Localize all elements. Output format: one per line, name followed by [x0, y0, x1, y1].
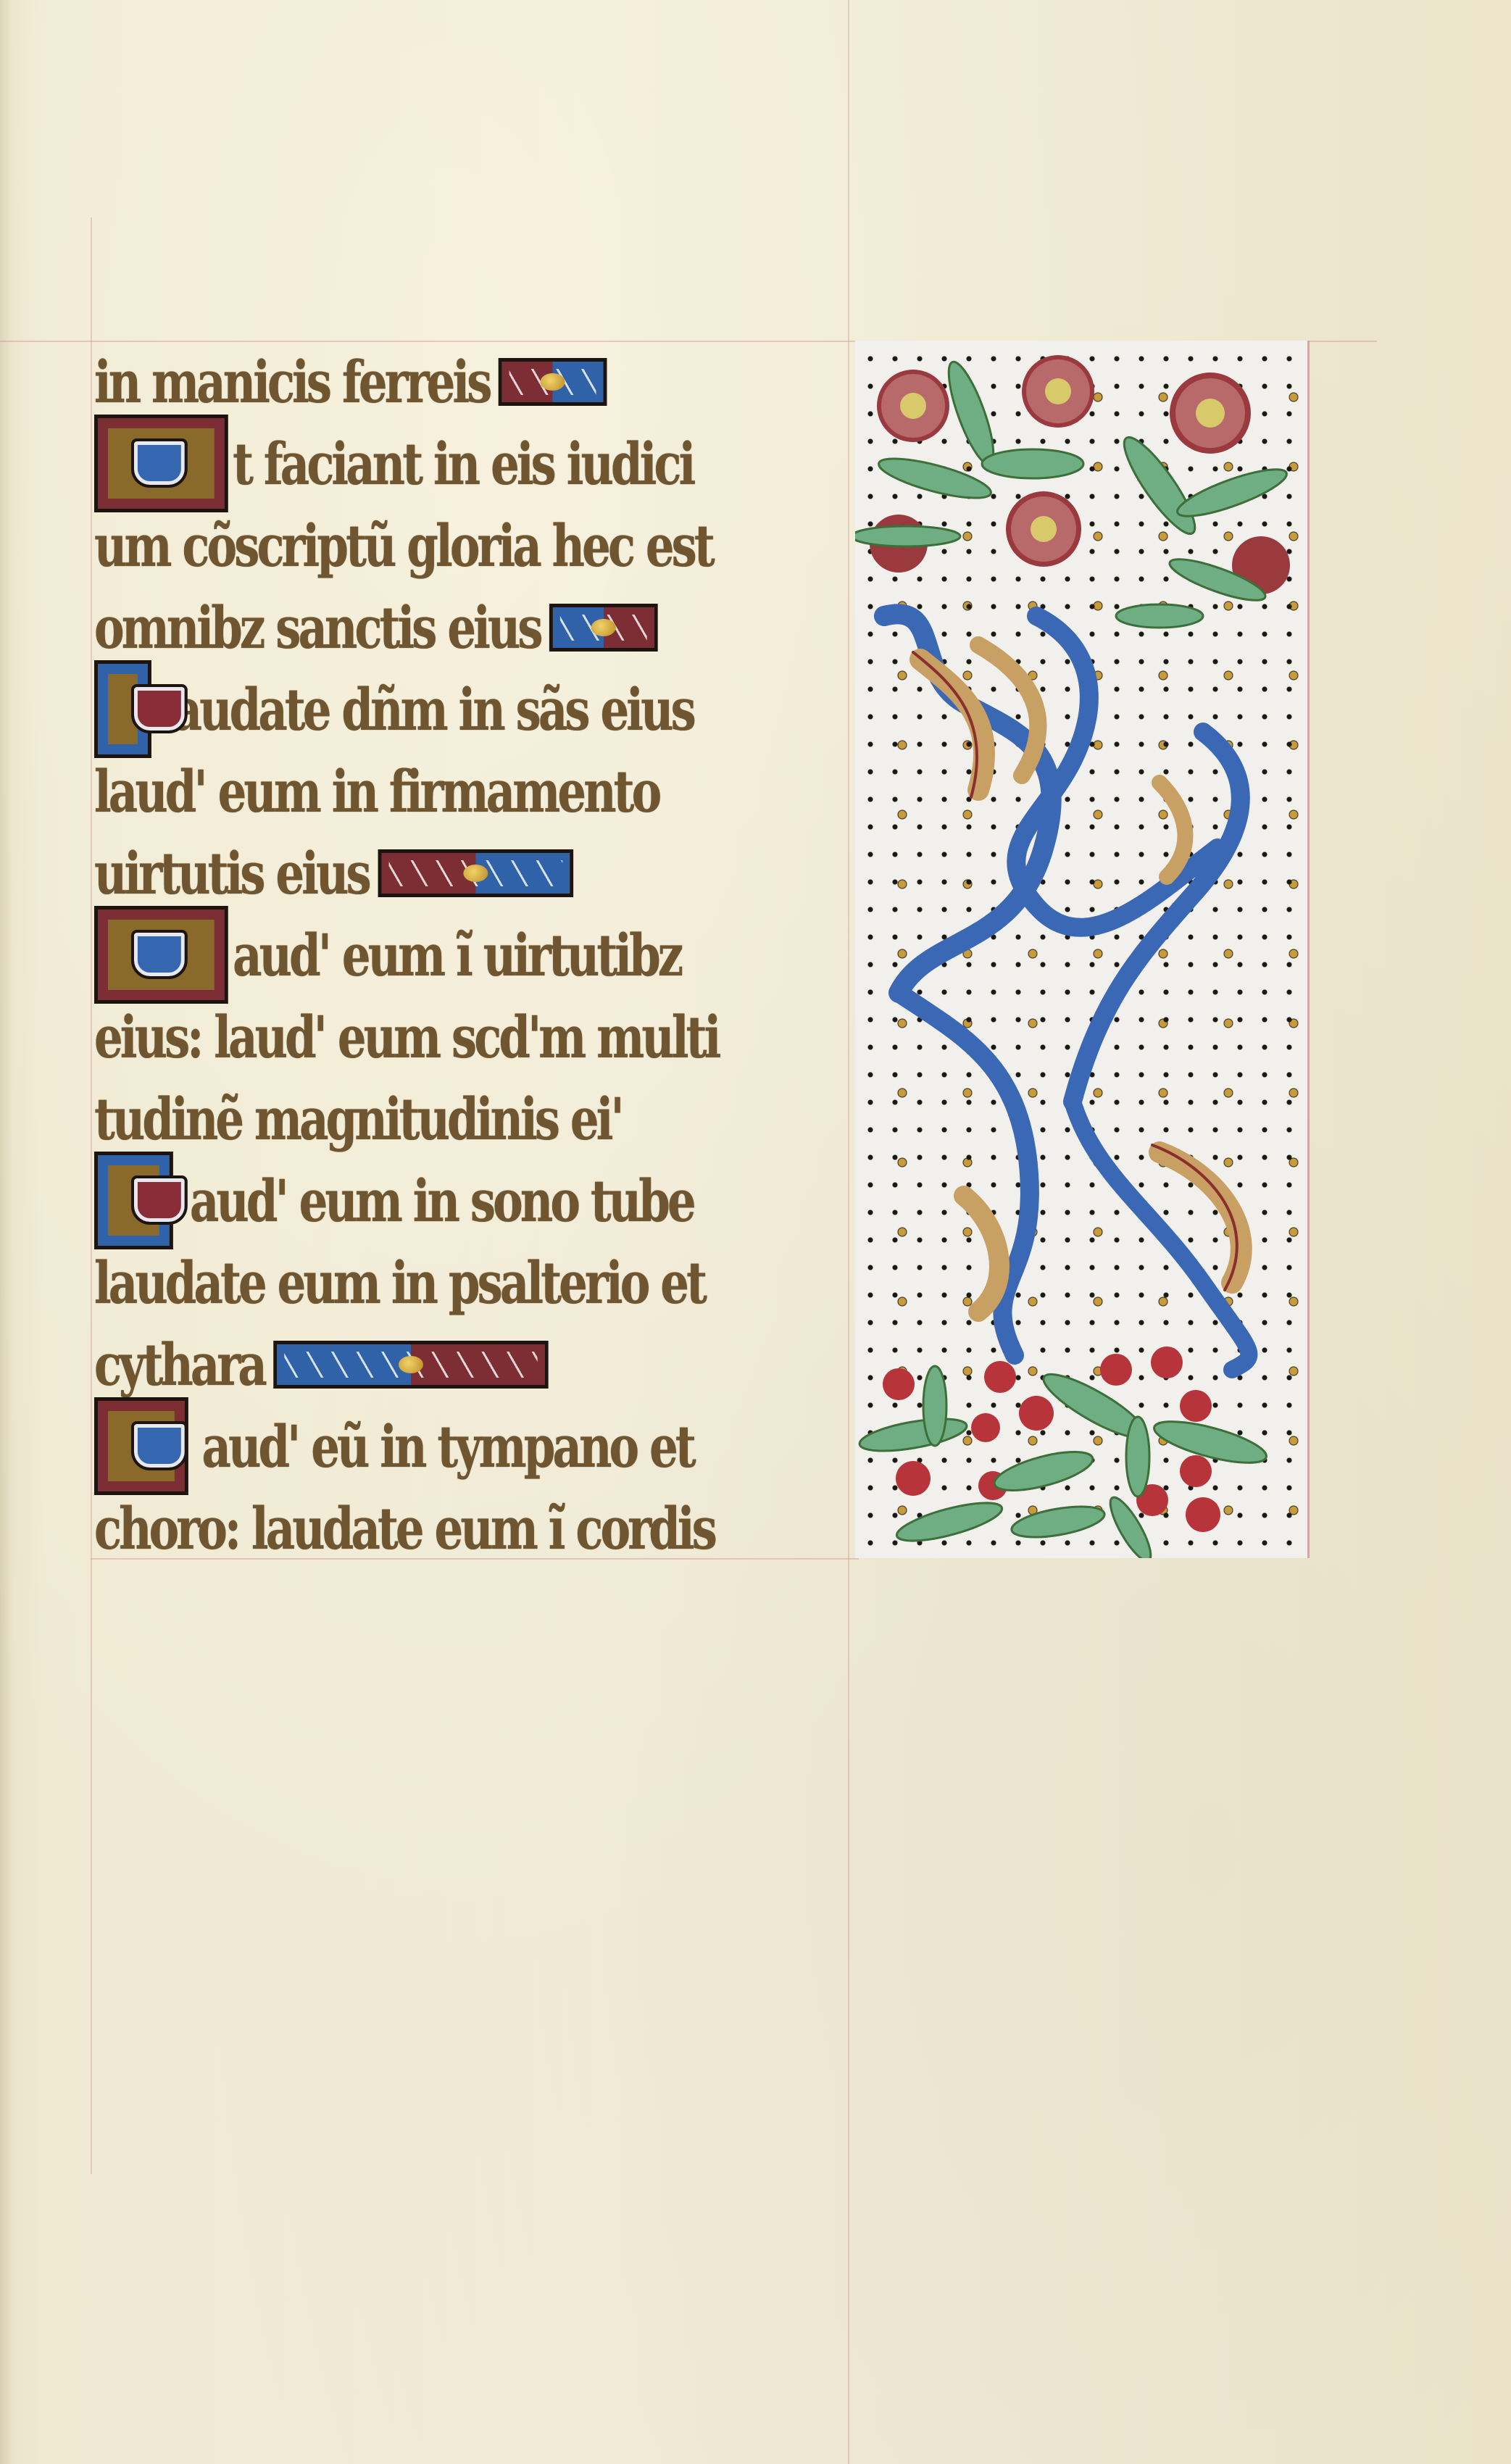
initial-inner-ornament-icon — [131, 438, 188, 488]
text-line: cythara — [94, 1323, 694, 1405]
illuminated-initial — [94, 1152, 173, 1249]
berry-icon — [857, 1347, 1270, 1558]
initial-inner-ornament-icon — [131, 1175, 188, 1225]
initial-inner-ornament-icon — [131, 1421, 188, 1470]
acanthus-icon — [884, 614, 1249, 1370]
gold-dot-icon — [591, 619, 616, 636]
text-line: eius: laud' eum scd'm multi — [94, 996, 694, 1078]
text-line: t faciant in eis iudici — [94, 423, 694, 504]
gold-dot-icon — [399, 1356, 423, 1373]
text-line: choro: laudate eum ĩ cordis — [94, 1487, 694, 1569]
text-line: um cõscriptũ gloria hec est — [94, 504, 694, 586]
initial-inner-ornament-icon — [131, 684, 188, 733]
manuscript-text: omnibz sanctis eius — [94, 594, 541, 662]
manuscript-text: um cõscriptũ gloria hec est — [94, 512, 712, 580]
text-line: laud' eum in firmamento — [94, 750, 694, 832]
manuscript-text: laud' eum in firmamento — [94, 757, 659, 825]
manuscript-text: aud' eum ĩ uirtutibz — [233, 921, 680, 989]
line-filler-ornament — [499, 358, 607, 406]
manuscript-text: t faciant in eis iudici — [233, 430, 693, 498]
manuscript-text: cythara — [94, 1331, 265, 1399]
manuscript-text: choro: laudate eum ĩ cordis — [94, 1494, 715, 1562]
decorated-border — [855, 341, 1310, 1558]
manuscript-text: tudinẽ magnitudinis ei' — [94, 1085, 622, 1153]
manuscript-text: eius: laud' eum scd'm multi — [94, 1003, 718, 1071]
manuscript-text: laudate eum in psalterio et — [94, 1249, 704, 1317]
illuminated-initial — [94, 415, 228, 512]
text-line: omnibz sanctis eius — [94, 586, 694, 668]
ruling-left — [91, 217, 92, 2174]
text-block: in manicis ferreist faciant in eis iudic… — [94, 341, 862, 1569]
text-line: laudate eum in psalterio et — [94, 1241, 694, 1323]
border-ornament — [855, 341, 1307, 1558]
manuscript-text: aud' eum in sono tube — [190, 1167, 694, 1235]
manuscript-text: audate dñm in sãs eius — [173, 675, 694, 744]
illuminated-initial — [94, 1397, 188, 1495]
gold-dot-icon — [463, 865, 488, 882]
line-filler-ornament — [273, 1341, 548, 1389]
manuscript-text: uirtutis eius — [94, 839, 369, 907]
text-line: aud' eum in sono tube — [94, 1160, 694, 1241]
text-line: aud' eũ in tympano et — [94, 1405, 694, 1487]
illuminated-initial — [94, 906, 228, 1004]
text-line: in manicis ferreis — [94, 341, 694, 423]
text-line: uirtutis eius — [94, 832, 694, 914]
line-filler-ornament — [549, 604, 658, 652]
initial-inner-ornament-icon — [131, 930, 188, 979]
manuscript-text: in manicis ferreis — [94, 348, 490, 416]
manuscript-text: aud' eũ in tympano et — [201, 1412, 693, 1481]
text-line: aud' eum ĩ uirtutibz — [94, 914, 694, 996]
line-filler-ornament — [378, 849, 573, 897]
text-line: tudinẽ magnitudinis ei' — [94, 1078, 694, 1160]
text-line: audate dñm in sãs eius — [94, 668, 694, 750]
illuminated-initial — [94, 660, 151, 758]
